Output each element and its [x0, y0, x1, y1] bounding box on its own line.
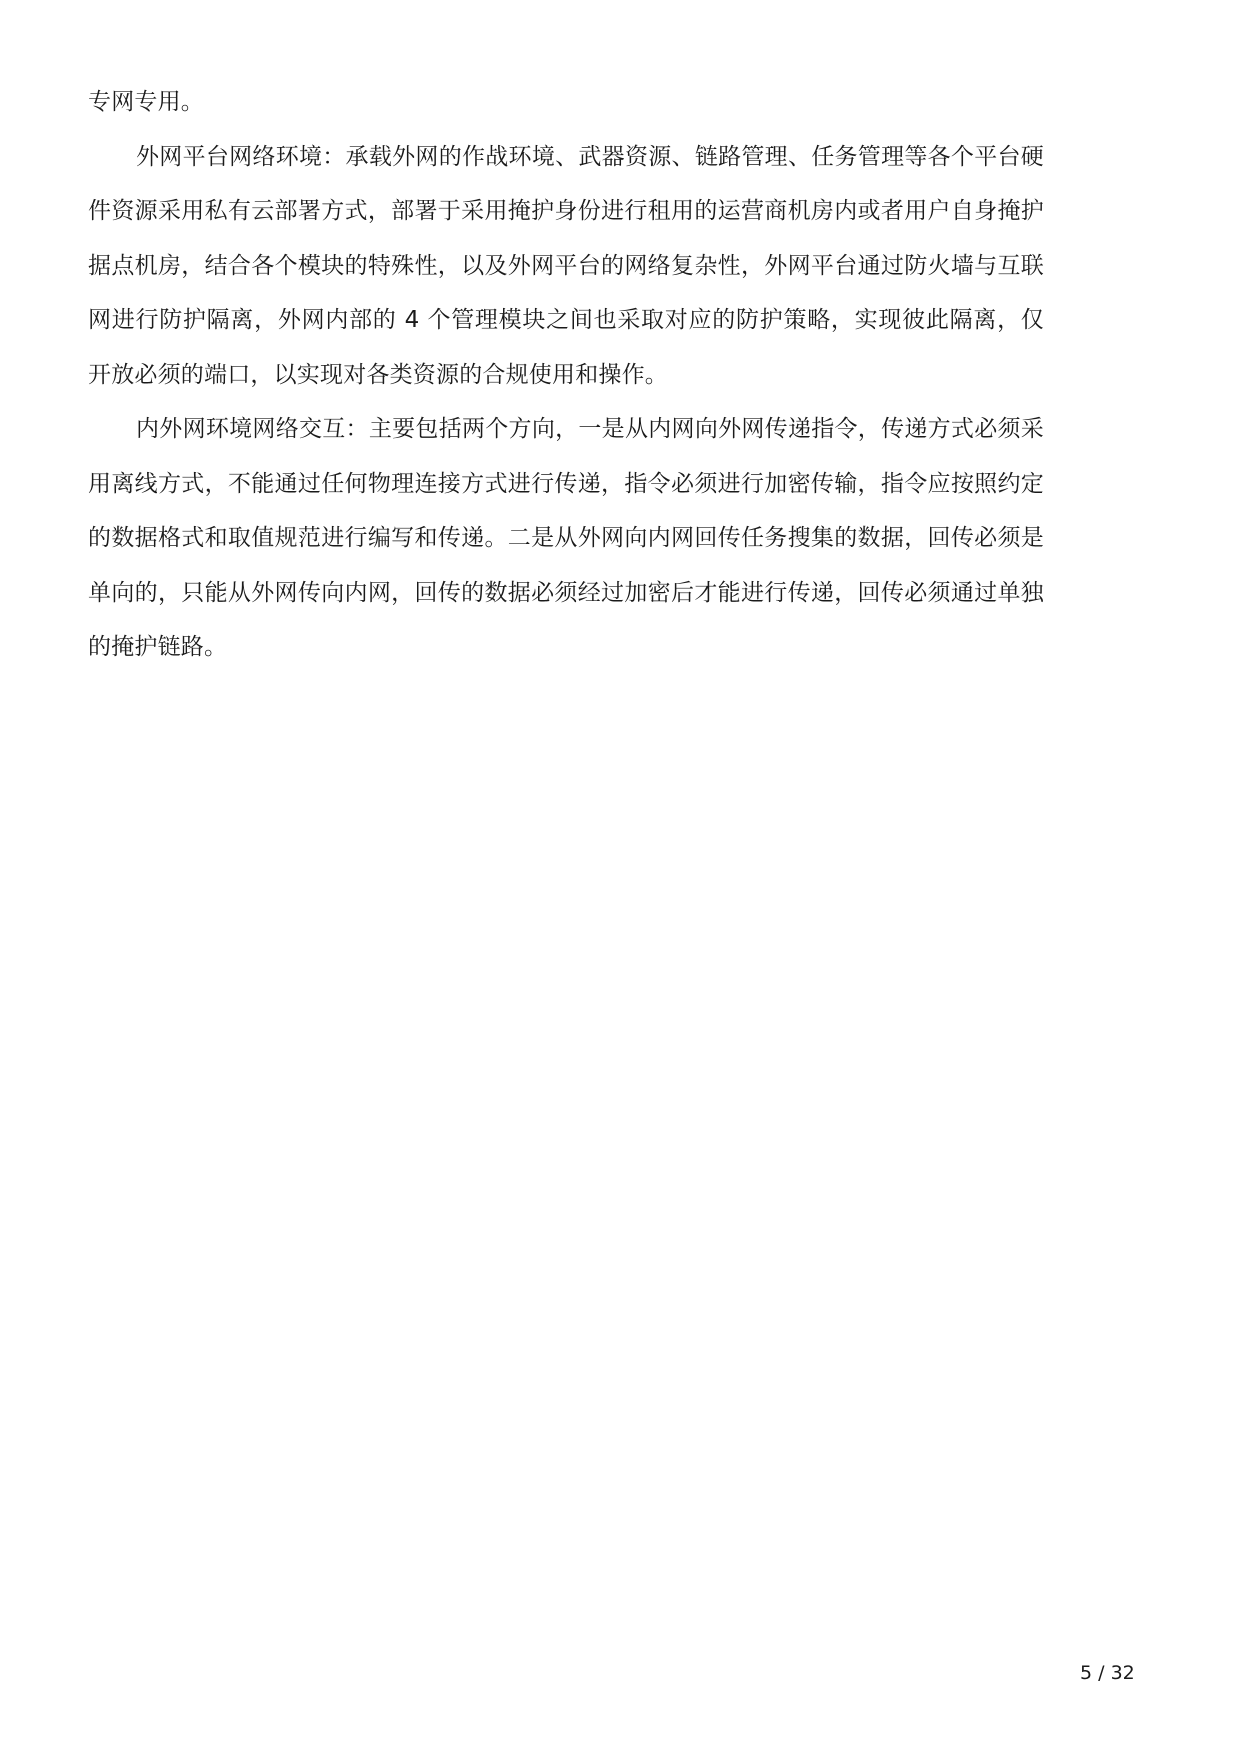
- page-number: 5 / 32: [1080, 1662, 1135, 1684]
- paragraph-continuation: 专网专用。: [88, 75, 1044, 130]
- paragraph-internal-external-interaction: 内外网环境网络交互：主要包括两个方向，一是从内网向外网传递指令，传递方式必须采用…: [88, 402, 1044, 675]
- paragraph-external-network-environment: 外网平台网络环境：承载外网的作战环境、武器资源、链路管理、任务管理等各个平台硬件…: [88, 130, 1044, 403]
- document-page: 专网专用。 外网平台网络环境：承载外网的作战环境、武器资源、链路管理、任务管理等…: [88, 75, 1044, 675]
